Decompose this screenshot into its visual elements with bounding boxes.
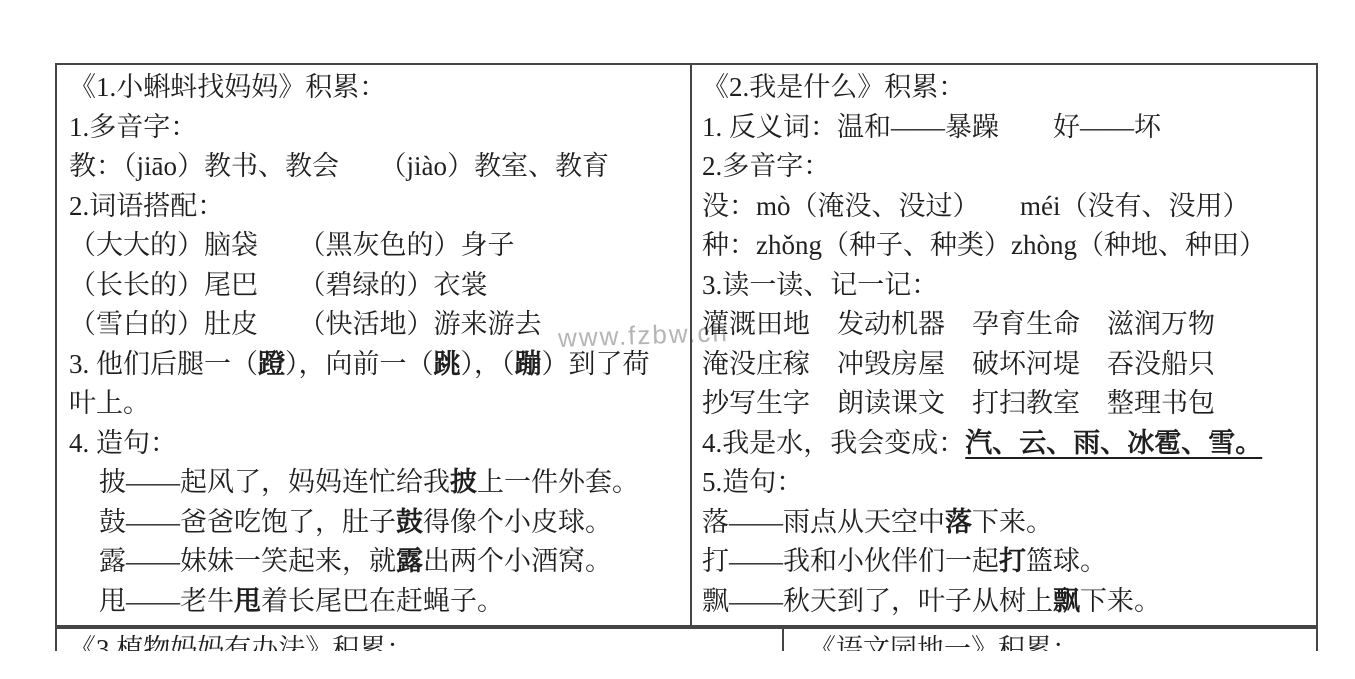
emphasis-text: 打 [999, 546, 1026, 576]
text-line: 2.词语搭配： [69, 187, 682, 227]
text-run: 《2.我是什么》积累： [702, 72, 965, 102]
emphasis-text: 甩 [234, 586, 261, 616]
text-run: 抄写生字 朗读课文 打扫教室 整理书包 [702, 388, 1215, 418]
text-run: 飘——秋天到了，叶子从树上 [702, 586, 1053, 616]
text-run: 得像个小皮球。 [423, 507, 612, 537]
study-notes-table-row1: 《1.小蝌蚪找妈妈》积累：1.多音字：教：（jiāo）教书、教会 （jiào）教… [55, 63, 1318, 627]
text-line: 叶上。 [69, 384, 682, 424]
text-run: 灌溉田地 发动机器 孕育生命 滋润万物 [702, 309, 1215, 339]
text-run: 1.多音字： [69, 112, 197, 142]
text-run: 2.多音字： [702, 151, 830, 181]
text-run: 淹没庄稼 冲毁房屋 破坏河堤 吞没船只 [702, 349, 1215, 379]
emphasis-text: 落 [945, 507, 972, 537]
text-line: 4.我是水，我会变成：汽、云、雨、冰雹、雪。 [702, 424, 1308, 464]
emphasis-text: 披 [450, 467, 477, 497]
lesson1-notes-cell: 《1.小蝌蚪找妈妈》积累：1.多音字：教：（jiāo）教书、教会 （jiào）教… [57, 65, 690, 625]
text-line: 打——我和小伙伴们一起打篮球。 [702, 542, 1308, 582]
text-run: 没：mò（淹没、没过） méi（没有、没用） [702, 191, 1250, 221]
text-run: （大大的）脑袋 （黑灰色的）身子 [69, 230, 515, 260]
text-line: 抄写生字 朗读课文 打扫教室 整理书包 [702, 384, 1308, 424]
text-line: 1.多音字： [69, 108, 682, 148]
text-line: （雪白的）肚皮 （快活地）游来游去 [69, 305, 682, 345]
text-run: 1. 反义词：温和——暴躁 好——坏 [702, 112, 1161, 142]
text-line: 披——起风了，妈妈连忙给我披上一件外套。 [69, 463, 682, 503]
text-line: 鼓——爸爸吃饱了，肚子鼓得像个小皮球。 [69, 503, 682, 543]
text-line: 4. 造句： [69, 424, 682, 464]
text-run: 打——我和小伙伴们一起 [702, 546, 999, 576]
text-run: 上一件外套。 [477, 467, 639, 497]
garden1-title: 《语文园地一》积累： [809, 634, 1079, 651]
text-run: 甩——老牛 [99, 586, 234, 616]
text-run: ），向前一（ [285, 349, 434, 379]
text-run: 4. 造句： [69, 428, 177, 458]
text-run: 下来。 [972, 507, 1053, 537]
document-page: www.fzbw.cn 《1.小蝌蚪找妈妈》积累：1.多音字：教：（jiāo）教… [0, 0, 1355, 679]
garden1-notes-cell: 《语文园地一》积累： [782, 629, 1316, 651]
emphasis-text: 汽、云、雨、冰雹、雪。 [965, 428, 1262, 458]
text-line: 2.多音字： [702, 147, 1308, 187]
text-run: 篮球。 [1026, 546, 1107, 576]
text-line: （大大的）脑袋 （黑灰色的）身子 [69, 226, 682, 266]
text-run: 露——妹妹一笑起来，就 [99, 546, 396, 576]
text-run: 出两个小酒窝。 [423, 546, 612, 576]
study-notes-table-row2: 《3.植物妈妈有办法》积累： 《语文园地一》积累： [55, 627, 1318, 651]
text-run: （雪白的）肚皮 （快活地）游来游去 [69, 309, 542, 339]
text-line: 3. 他们后腿一（蹬），向前一（跳），（蹦）到了荷 [69, 345, 682, 385]
text-line: 教：（jiāo）教书、教会 （jiào）教室、教育 [69, 147, 682, 187]
text-run: 披——起风了，妈妈连忙给我 [99, 467, 450, 497]
text-line: 《2.我是什么》积累： [702, 68, 1308, 108]
text-line: 没：mò（淹没、没过） méi（没有、没用） [702, 187, 1308, 227]
text-run: 下来。 [1080, 586, 1161, 616]
text-run: ）到了荷 [542, 349, 650, 379]
lesson3-notes-cell: 《3.植物妈妈有办法》积累： [57, 629, 782, 651]
text-run: 5.造句： [702, 467, 803, 497]
text-line: 种：zhǒng（种子、种类）zhòng（种地、种田） [702, 226, 1308, 266]
text-run: 种：zhǒng（种子、种类）zhòng（种地、种田） [702, 230, 1266, 260]
text-run: 教：（jiāo）教书、教会 （jiào）教室、教育 [69, 151, 609, 181]
text-run: 着长尾巴在赶蝇子。 [261, 586, 504, 616]
emphasis-text: 鼓 [396, 507, 423, 537]
text-line: 1. 反义词：温和——暴躁 好——坏 [702, 108, 1308, 148]
text-line: （长长的）尾巴 （碧绿的）衣裳 [69, 266, 682, 306]
text-run: （长长的）尾巴 （碧绿的）衣裳 [69, 270, 488, 300]
text-line: 3.读一读、记一记： [702, 266, 1308, 306]
text-line: 《1.小蝌蚪找妈妈》积累： [69, 68, 682, 108]
emphasis-text: 跳 [434, 349, 461, 379]
text-run: 2.词语搭配： [69, 191, 224, 221]
text-line: 灌溉田地 发动机器 孕育生命 滋润万物 [702, 305, 1308, 345]
text-run: 《1.小蝌蚪找妈妈》积累： [69, 72, 386, 102]
text-line: 5.造句： [702, 463, 1308, 503]
text-run: 3.读一读、记一记： [702, 270, 938, 300]
text-run: ），（ [461, 349, 515, 379]
emphasis-text: 蹬 [258, 349, 285, 379]
emphasis-text: 蹦 [515, 349, 542, 379]
text-run: 3. 他们后腿一（ [69, 349, 258, 379]
text-run: 叶上。 [69, 388, 150, 418]
lesson3-title: 《3.植物妈妈有办法》积累： [69, 634, 413, 651]
text-run: 4.我是水，我会变成： [702, 428, 965, 458]
emphasis-text: 露 [396, 546, 423, 576]
text-line: 飘——秋天到了，叶子从树上飘下来。 [702, 582, 1308, 622]
study-notes-table-row2-clipped: 《3.植物妈妈有办法》积累： 《语文园地一》积累： [55, 627, 1318, 651]
text-line: 甩——老牛甩着长尾巴在赶蝇子。 [69, 582, 682, 622]
lesson2-notes-cell: 《2.我是什么》积累：1. 反义词：温和——暴躁 好——坏2.多音字：没：mò（… [690, 65, 1316, 625]
text-run: 落——雨点从天空中 [702, 507, 945, 537]
emphasis-text: 飘 [1053, 586, 1080, 616]
text-line: 落——雨点从天空中落下来。 [702, 503, 1308, 543]
text-run: 鼓——爸爸吃饱了，肚子 [99, 507, 396, 537]
text-line: 淹没庄稼 冲毁房屋 破坏河堤 吞没船只 [702, 345, 1308, 385]
text-line: 露——妹妹一笑起来，就露出两个小酒窝。 [69, 542, 682, 582]
